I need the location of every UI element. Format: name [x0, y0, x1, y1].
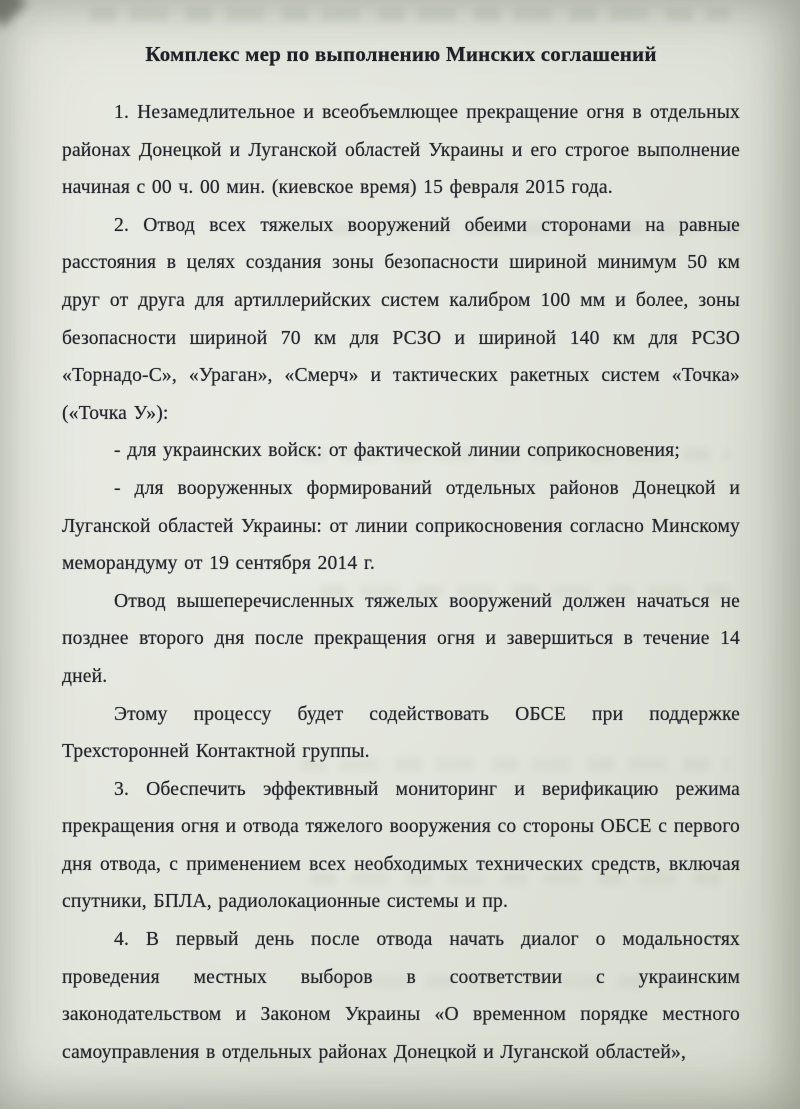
document-photo: Комплекс мер по выполнению Минских согла…: [0, 0, 800, 1109]
paragraph-monitoring: 3. Обеспечить эффективный мониторинг и в…: [62, 771, 740, 921]
paragraph-ceasefire: 1. Незамедлительное и всеобъемлющее прек…: [62, 94, 740, 207]
paragraph-weapons-withdrawal: 2. Отвод всех тяжелых вооружений обеими …: [62, 207, 740, 433]
list-item-armed-formations: - для вооруженных формирований отдельных…: [62, 470, 740, 583]
list-item-ukrainian-troops: - для украинских войск: от фактической л…: [62, 432, 740, 470]
document-title: Комплекс мер по выполнению Минских согла…: [62, 42, 740, 67]
document-page: Комплекс мер по выполнению Минских согла…: [62, 42, 740, 1071]
paragraph-withdrawal-timeline: Отвод вышеперечисленных тяжелых вооружен…: [62, 583, 740, 696]
bleed-through-ghost: [90, 8, 730, 21]
paragraph-elections-dialogue: 4. В первый день после отвода начать диа…: [62, 921, 740, 1071]
paragraph-osce-support: Этому процессу будет содействовать ОБСЕ …: [62, 696, 740, 771]
photo-corner-shadow: [0, 0, 27, 27]
